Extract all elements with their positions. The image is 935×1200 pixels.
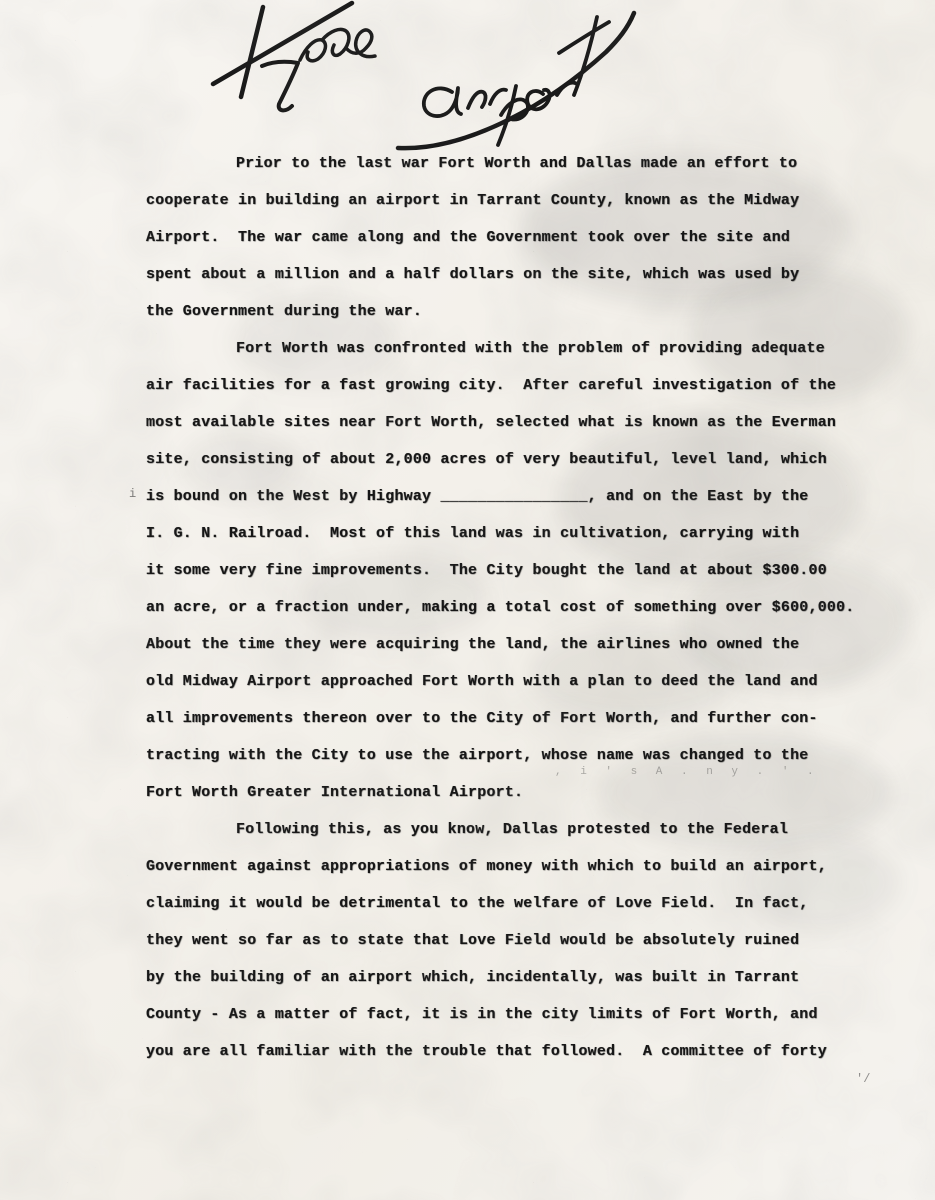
typed-line: cooperate in building an airport in Tarr… xyxy=(146,182,906,219)
typed-line: I. G. N. Railroad. Most of this land was… xyxy=(146,515,906,552)
typed-line: air facilities for a fast growing city. … xyxy=(146,367,906,404)
strikethrough-line xyxy=(213,3,352,84)
handwriting-airport: Airport xyxy=(398,13,634,148)
typed-line: an acre, or a fraction under, making a t… xyxy=(146,589,906,626)
typed-line: all improvements thereon over to the Cit… xyxy=(146,700,906,737)
scan-artifact-stray-mark: '/ xyxy=(856,1072,870,1086)
typed-line: the Government during the war. xyxy=(146,293,906,330)
document-body: Prior to the last war Fort Worth and Dal… xyxy=(146,145,906,1070)
typed-line: old Midway Airport approached Fort Worth… xyxy=(146,663,906,700)
typed-line: Prior to the last war Fort Worth and Dal… xyxy=(146,145,906,182)
typed-line: you are all familiar with the trouble th… xyxy=(146,1033,906,1070)
scan-artifact-margin-tick: i xyxy=(129,487,136,501)
typed-line: they went so far as to state that Love F… xyxy=(146,922,906,959)
typed-line: Airport. The war came along and the Gove… xyxy=(146,219,906,256)
typed-line: County - As a matter of fact, it is in t… xyxy=(146,996,906,1033)
typed-line: is bound on the West by Highway ________… xyxy=(146,478,906,515)
typed-line: it some very fine improvements. The City… xyxy=(146,552,906,589)
typed-line: most available sites near Fort Worth, se… xyxy=(146,404,906,441)
typed-line: spent about a million and a half dollars… xyxy=(146,256,906,293)
underline-sweep xyxy=(398,13,634,148)
typed-line: site, consisting of about 2,000 acres of… xyxy=(146,441,906,478)
typed-line: Fort Worth was confronted with the probl… xyxy=(146,330,906,367)
handwriting-file: File xyxy=(213,3,375,110)
typed-line: Fort Worth Greater International Airport… xyxy=(146,774,906,811)
typed-line: Following this, as you know, Dallas prot… xyxy=(146,811,906,848)
typed-line: About the time they were acquiring the l… xyxy=(146,626,906,663)
typed-line: tracting with the City to use the airpor… xyxy=(146,737,906,774)
document-page: File Airport Prior to the last war Fort … xyxy=(0,0,935,1200)
typed-line: claiming it would be detrimental to the … xyxy=(146,885,906,922)
typed-line: Government against appropriations of mon… xyxy=(146,848,906,885)
typed-line: by the building of an airport which, inc… xyxy=(146,959,906,996)
